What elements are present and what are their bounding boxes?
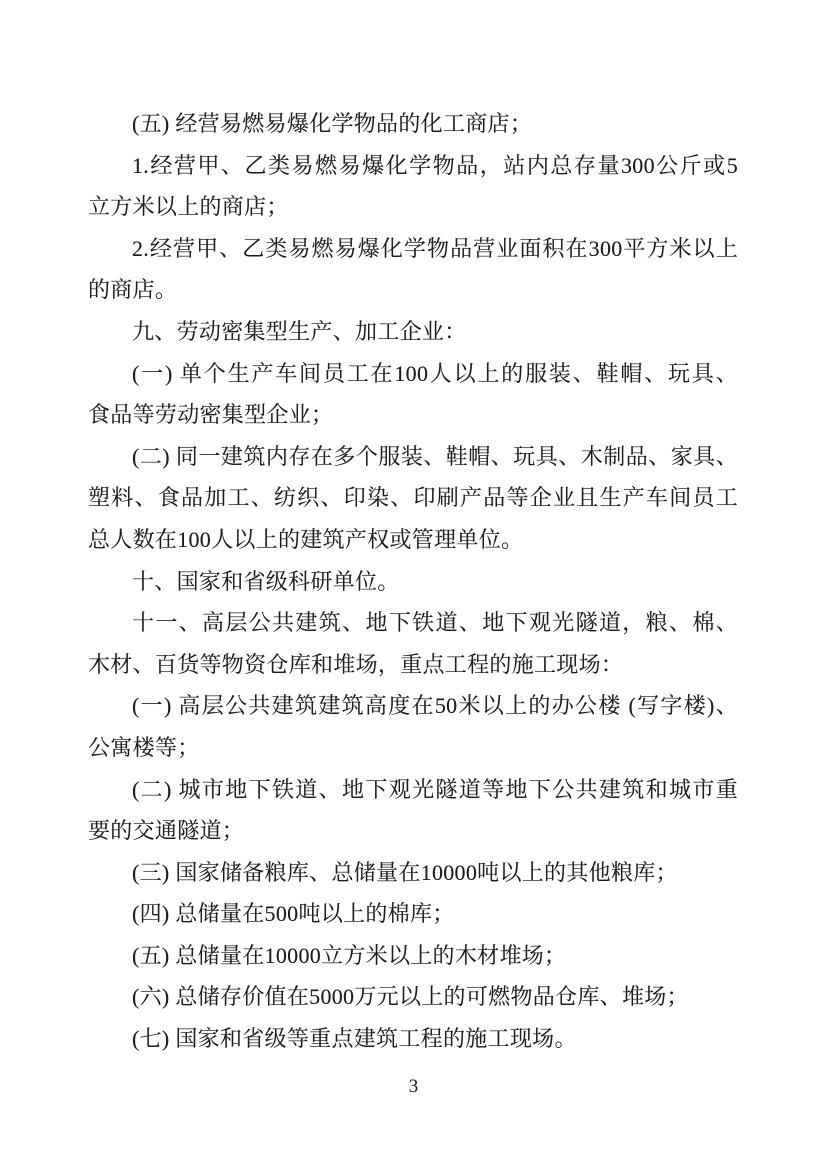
document-line: (四) 总储量在500吨以上的棉库； (88, 893, 738, 935)
document-line: 的商店。 (88, 269, 738, 311)
document-line: 立方米以上的商店； (88, 186, 738, 228)
section-nine-heading: 九、劳动密集型生产、加工企业： (88, 311, 738, 353)
document-line: 2.经营甲、乙类易燃易爆化学物品营业面积在300平方米以上 (88, 228, 738, 270)
document-line: (二) 城市地下铁道、地下观光隧道等地下公共建筑和城市重 (88, 769, 738, 811)
document-line: (一) 单个生产车间员工在100人以上的服装、鞋帽、玩具、 (88, 353, 738, 395)
document-line: (一) 高层公共建筑建筑高度在50米以上的办公楼 (写字楼)、 (88, 685, 738, 727)
document-line: 塑料、食品加工、纺织、印染、印刷产品等企业且生产车间员工 (88, 477, 738, 519)
document-line: (五) 总储量在10000立方米以上的木材堆场； (88, 935, 738, 977)
document-line: 要的交通隧道； (88, 810, 738, 852)
document-line: 总人数在100人以上的建筑产权或管理单位。 (88, 519, 738, 561)
document-line: (六) 总储存价值在5000万元以上的可燃物品仓库、堆场； (88, 976, 738, 1018)
document-page: (五) 经营易燃易爆化学物品的化工商店； 1.经营甲、乙类易燃易爆化学物品，站内… (0, 0, 827, 1170)
document-line: (五) 经营易燃易爆化学物品的化工商店； (88, 103, 738, 145)
section-ten-heading: 十、国家和省级科研单位。 (88, 561, 738, 603)
section-eleven-heading: 十一、高层公共建筑、地下铁道、地下观光隧道，粮、棉、 (88, 602, 738, 644)
document-line: (二) 同一建筑内存在多个服装、鞋帽、玩具、木制品、家具、 (88, 436, 738, 478)
document-line: 食品等劳动密集型企业； (88, 394, 738, 436)
document-text-block: (五) 经营易燃易爆化学物品的化工商店； 1.经营甲、乙类易燃易爆化学物品，站内… (88, 103, 738, 1060)
document-line: (三) 国家储备粮库、总储量在10000吨以上的其他粮库； (88, 852, 738, 894)
document-line: (七) 国家和省级等重点建筑工程的施工现场。 (88, 1018, 738, 1060)
document-line: 木材、百货等物资仓库和堆场，重点工程的施工现场： (88, 644, 738, 686)
document-line: 公寓楼等； (88, 727, 738, 769)
page-number: 3 (0, 1074, 827, 1100)
document-line: 1.经营甲、乙类易燃易爆化学物品，站内总存量300公斤或5 (88, 145, 738, 187)
